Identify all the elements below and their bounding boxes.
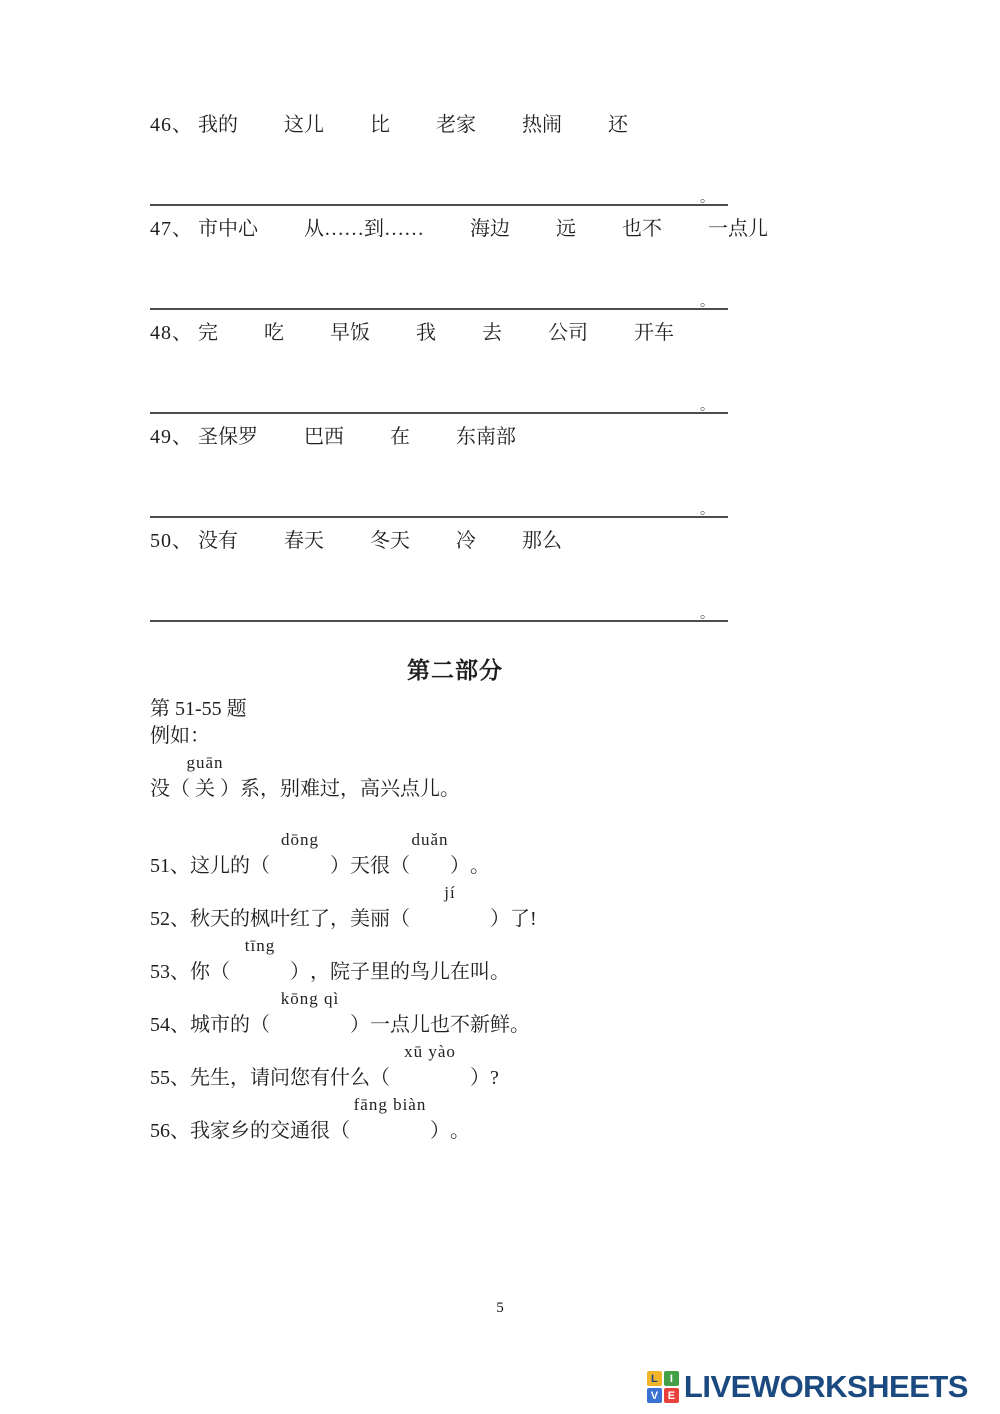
fill-blank-question: 51、这儿的dōng（ ）天很duǎn（ ）。 <box>150 827 760 880</box>
answer-line-blank[interactable]: 。 <box>150 292 728 310</box>
segment-text: 一点儿也不新鲜。 <box>370 1012 530 1039</box>
scrambled-word: 东南部 <box>456 426 516 448</box>
scrambled-word: 从……到…… <box>304 218 424 240</box>
logo-text: LIVEWORKSHEETS <box>684 1367 968 1407</box>
sentence-text: 52、秋天的枫叶红了，美丽 <box>150 880 390 933</box>
segment-text: 55、先生，请问您有什么 <box>150 1065 370 1092</box>
pinyin-hint: jí <box>390 880 510 906</box>
pinyin-hint <box>150 1092 330 1118</box>
fill-blank-question: 54、城市的kōng qì（ ）一点儿也不新鲜。 <box>150 986 760 1039</box>
pinyin-hint: fāng biàn <box>330 1092 450 1118</box>
sentence-text: 了! <box>510 880 537 933</box>
fill-blank-with-pinyin[interactable]: duǎn（ ） <box>390 827 470 880</box>
segment-text: 没 <box>150 776 170 803</box>
fill-blank-question: 52、秋天的枫叶红了，美丽jí（ ）了! <box>150 880 760 933</box>
segment-text: （ ） <box>250 853 350 880</box>
segment-text: 了! <box>510 906 537 933</box>
scrambled-words-row: 47、 市中心从……到……海边远也不一点儿 <box>150 216 760 242</box>
pinyin-hint <box>150 1039 370 1065</box>
segment-text: （ ） <box>210 959 310 986</box>
scrambled-word: 我 <box>416 322 436 344</box>
liveworksheets-logo: LIVE LIVEWORKSHEETS <box>647 1367 968 1407</box>
scrambled-word: 那么 <box>522 530 562 552</box>
scrambled-words-row: 49、 圣保罗巴西在东南部 <box>150 424 760 450</box>
segment-text: 。 <box>450 1118 470 1145</box>
rearrange-question-block: 49、 圣保罗巴西在东南部 。 <box>150 424 760 528</box>
part2-question-range: 第 51-55 题 <box>150 696 760 723</box>
sentence-text: 51、这儿的 <box>150 827 250 880</box>
rearrange-question-block: 50、 没有春天冬天冷那么 。 <box>150 528 760 632</box>
segment-text: 52、秋天的枫叶红了，美丽 <box>150 906 390 933</box>
pinyin-hint: duǎn <box>390 827 470 853</box>
fill-blank-with-pinyin[interactable]: kōng qì（ ） <box>250 986 370 1039</box>
logo-square-i-icon: I <box>664 1371 679 1386</box>
scrambled-word: 也不 <box>622 218 662 240</box>
scrambled-word: 我的 <box>198 114 238 136</box>
scrambled-word: 远 <box>556 218 576 240</box>
segment-text: （ ） <box>250 1012 370 1039</box>
segment-text: （ ） <box>390 906 510 933</box>
fill-blank-with-pinyin[interactable]: jí（ ） <box>390 880 510 933</box>
scrambled-word: 去 <box>482 322 502 344</box>
pinyin-hint: dōng <box>250 827 350 853</box>
scrambled-word: 冬天 <box>370 530 410 552</box>
worksheet-page: 46、 我的这儿比老家热闹还 。 47、 市中心从……到……海边远也不一点儿 。… <box>0 0 1000 1414</box>
sentence-text: 54、城市的 <box>150 986 250 1039</box>
logo-squares-icon: LIVE <box>647 1371 679 1403</box>
pinyin-hint <box>470 827 490 853</box>
segment-text: 56、我家乡的交通很 <box>150 1118 330 1145</box>
fill-blank-with-pinyin[interactable]: xū yào（ ） <box>370 1039 490 1092</box>
sentence-text: 56、我家乡的交通很 <box>150 1092 330 1145</box>
pinyin-hint <box>150 933 210 959</box>
full-stop-mark: 。 <box>700 291 714 311</box>
scrambled-word: 热闹 <box>522 114 562 136</box>
scrambled-word: 巴西 <box>304 426 344 448</box>
question-number: 47、 <box>150 218 193 240</box>
full-stop-mark: 。 <box>700 499 714 519</box>
sentence-text: 天很 <box>350 827 390 880</box>
pinyin-hint: kōng qì <box>250 986 370 1012</box>
scrambled-word: 吃 <box>264 322 284 344</box>
example-label: 例如： <box>150 723 760 750</box>
question-number: 50、 <box>150 530 193 552</box>
sentence-text: 。 <box>450 1092 470 1145</box>
scrambled-word: 一点儿 <box>708 218 768 240</box>
segment-text: ? <box>490 1065 499 1092</box>
scrambled-word: 圣保罗 <box>198 426 258 448</box>
sentence-text: 55、先生，请问您有什么 <box>150 1039 370 1092</box>
segment-text: 51、这儿的 <box>150 853 250 880</box>
fill-blank-question: 53、你tīng（ ），院子里的鸟儿在叫。 <box>150 933 760 986</box>
answer-line-blank[interactable]: 。 <box>150 188 728 206</box>
sentence-text: 没 <box>150 750 170 803</box>
segment-text: （ ） <box>370 1065 490 1092</box>
scrambled-word: 冷 <box>456 530 476 552</box>
full-stop-mark: 。 <box>700 187 714 207</box>
scrambled-word: 比 <box>370 114 390 136</box>
sentence-text: 。 <box>470 827 490 880</box>
pinyin-hint <box>150 827 250 853</box>
scrambled-word: 完 <box>198 322 218 344</box>
segment-text: 天很 <box>350 853 390 880</box>
question-number: 48、 <box>150 322 193 344</box>
pinyin-hint: tīng <box>210 933 310 959</box>
scrambled-word: 还 <box>608 114 628 136</box>
pinyin-hint <box>370 986 530 1012</box>
scrambled-word: 春天 <box>284 530 324 552</box>
full-stop-mark: 。 <box>700 395 714 415</box>
segment-text: （ ） <box>330 1118 450 1145</box>
segment-text: （ 关 ） <box>170 776 240 803</box>
scrambled-word: 公司 <box>548 322 588 344</box>
logo-square-v-icon: V <box>647 1388 662 1403</box>
scrambled-words-row: 48、 完吃早饭我去公司开车 <box>150 320 760 346</box>
sentence-text: 系，别难过，高兴点儿。 <box>240 750 460 803</box>
scrambled-word: 早饭 <box>330 322 370 344</box>
segment-text: ，院子里的鸟儿在叫。 <box>310 959 510 986</box>
answer-line-blank[interactable]: 。 <box>150 604 728 622</box>
sentence-text: 一点儿也不新鲜。 <box>370 986 530 1039</box>
logo-square-l-icon: L <box>647 1371 662 1386</box>
scrambled-word: 这儿 <box>284 114 324 136</box>
full-stop-mark: 。 <box>700 603 714 623</box>
fill-blank-with-pinyin[interactable]: tīng（ ） <box>210 933 310 986</box>
fill-blank-with-pinyin[interactable]: fāng biàn（ ） <box>330 1092 450 1145</box>
scrambled-words-row: 46、 我的这儿比老家热闹还 <box>150 112 760 138</box>
rearrange-question-block: 48、 完吃早饭我去公司开车 。 <box>150 320 760 424</box>
rearrange-question-block: 46、 我的这儿比老家热闹还 。 <box>150 112 760 216</box>
pinyin-hint: xū yào <box>370 1039 490 1065</box>
pinyin-hint <box>310 933 510 959</box>
segment-text: 系，别难过，高兴点儿。 <box>240 776 460 803</box>
part1-rearrange-section: 46、 我的这儿比老家热闹还 。 47、 市中心从……到……海边远也不一点儿 。… <box>150 112 760 632</box>
scrambled-word: 海边 <box>470 218 510 240</box>
example-sentence: 没guān（ 关 ）系，别难过，高兴点儿。 <box>150 750 760 803</box>
fill-blank-question: 56、我家乡的交通很fāng biàn（ ）。 <box>150 1092 760 1145</box>
segment-text: 53、你 <box>150 959 210 986</box>
scrambled-word: 市中心 <box>198 218 258 240</box>
pinyin-hint <box>240 750 460 776</box>
worksheet-content: 46、 我的这儿比老家热闹还 。 47、 市中心从……到……海边远也不一点儿 。… <box>150 112 760 1145</box>
question-number: 46、 <box>150 114 193 136</box>
pinyin-hint <box>510 880 537 906</box>
answer-line-blank[interactable]: 。 <box>150 396 728 414</box>
fill-blank-with-pinyin[interactable]: guān（ 关 ） <box>170 750 240 803</box>
sentence-text: 53、你 <box>150 933 210 986</box>
scrambled-word: 开车 <box>634 322 674 344</box>
pinyin-hint <box>490 1039 499 1065</box>
answer-line-blank[interactable]: 。 <box>150 500 728 518</box>
pinyin-hint <box>150 986 250 1012</box>
page-number: 5 <box>0 1300 1000 1317</box>
pinyin-hint <box>450 1092 470 1118</box>
scrambled-word: 老家 <box>436 114 476 136</box>
pinyin-hint <box>150 750 170 776</box>
part2-heading: 第二部分 <box>150 656 760 686</box>
rearrange-question-block: 47、 市中心从……到……海边远也不一点儿 。 <box>150 216 760 320</box>
scrambled-words-row: 50、 没有春天冬天冷那么 <box>150 528 760 554</box>
scrambled-word: 在 <box>390 426 410 448</box>
segment-text: 。 <box>470 853 490 880</box>
pinyin-hint <box>350 827 390 853</box>
logo-square-e-icon: E <box>664 1388 679 1403</box>
segment-text: （ ） <box>390 853 470 880</box>
part2-fill-blank-section: 51、这儿的dōng（ ）天很duǎn（ ）。52、秋天的枫叶红了，美丽jí（ … <box>150 827 760 1145</box>
question-number: 49、 <box>150 426 193 448</box>
scrambled-word: 没有 <box>198 530 238 552</box>
sentence-text: ，院子里的鸟儿在叫。 <box>310 933 510 986</box>
fill-blank-with-pinyin[interactable]: dōng（ ） <box>250 827 350 880</box>
segment-text: 54、城市的 <box>150 1012 250 1039</box>
sentence-text: ? <box>490 1039 499 1092</box>
pinyin-hint <box>150 880 390 906</box>
pinyin-hint: guān <box>170 750 240 776</box>
fill-blank-question: 55、先生，请问您有什么xū yào（ ）? <box>150 1039 760 1092</box>
